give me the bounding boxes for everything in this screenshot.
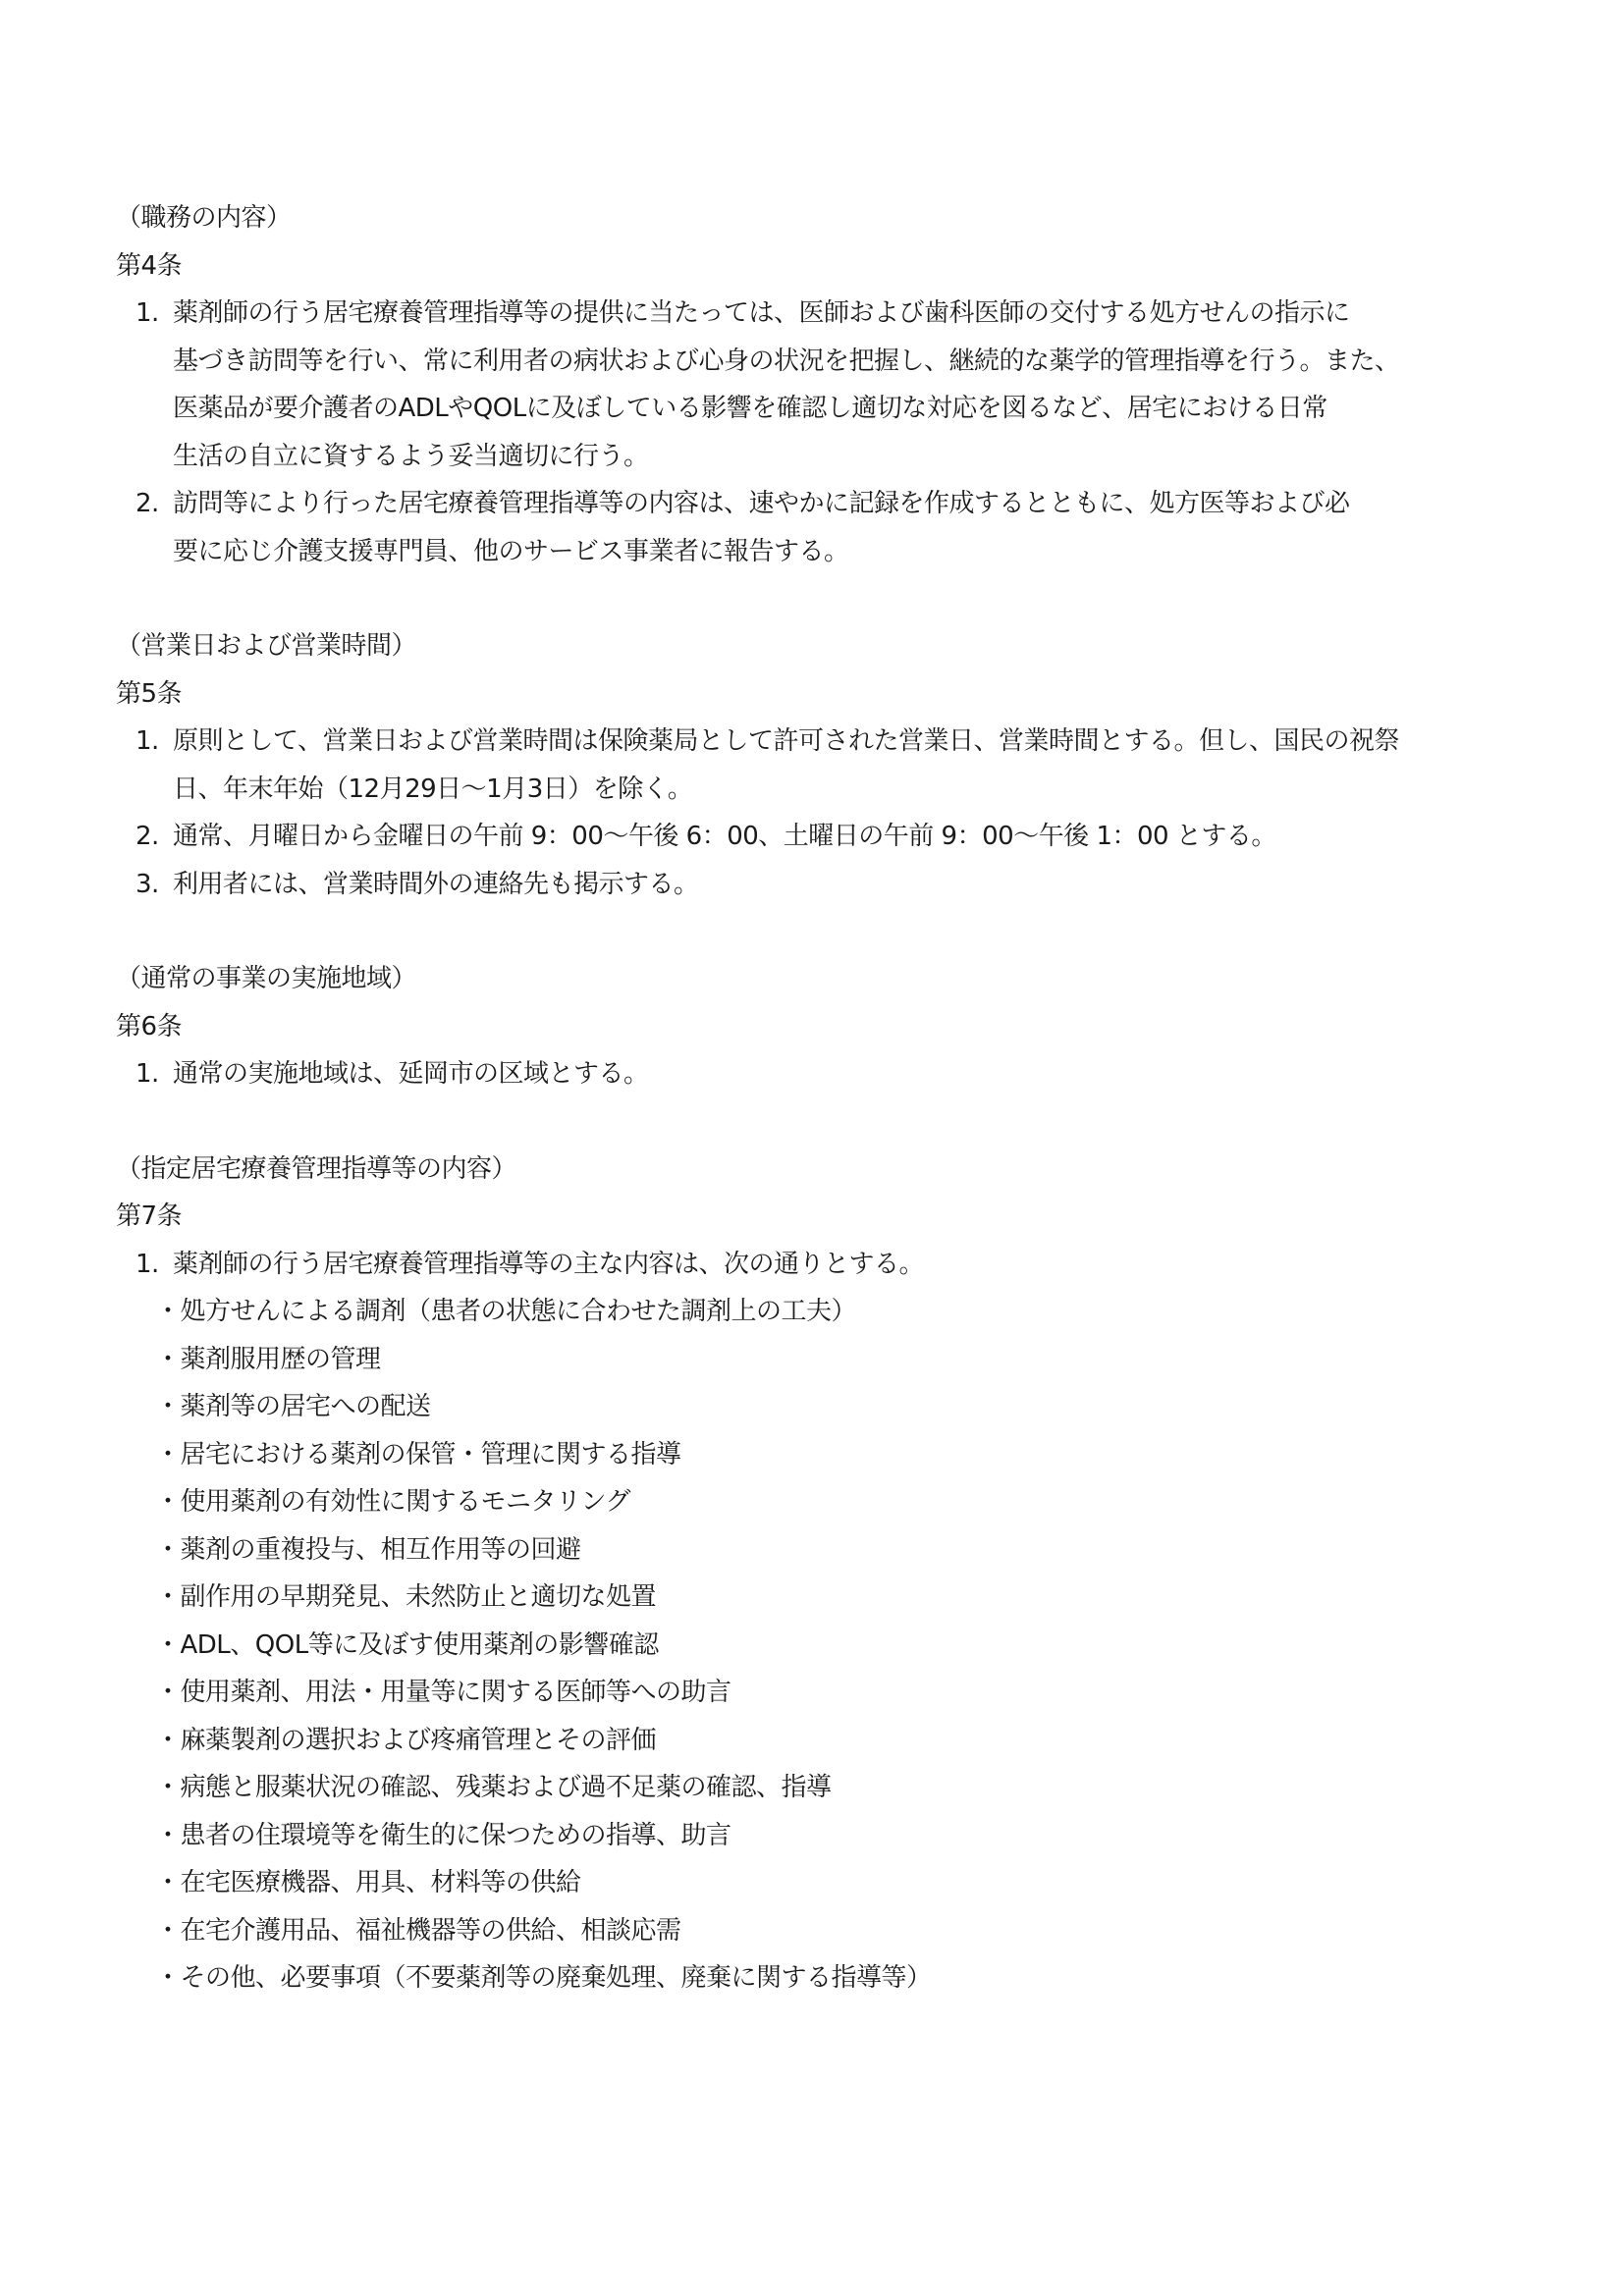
section-title: （営業日および営業時間） bbox=[116, 622, 1530, 670]
bullet-item: ・病態と服薬状況の確認、残薬および過不足薬の確認、指導 bbox=[116, 1764, 1530, 1812]
item-text-line: 基づき訪問等を行い、常に利用者の病状および心身の状況を把握し、継続的な薬学的管理… bbox=[173, 338, 1530, 386]
article-number: 第7条 bbox=[116, 1193, 1530, 1241]
item-text-line: 通常の実施地域は、延岡市の区域とする。 bbox=[173, 1050, 1530, 1098]
item-number: 2. bbox=[135, 480, 159, 528]
numbered-item: 1. 原則として、営業日および営業時間は保険薬局として許可された営業日、営業時間… bbox=[116, 718, 1530, 813]
numbered-item: 1. 薬剤師の行う居宅療養管理指導等の主な内容は、次の通りとする。 bbox=[116, 1241, 1530, 1289]
item-text-line: 生活の自立に資するよう妥当適切に行う。 bbox=[173, 433, 1530, 481]
section-article-5: （営業日および営業時間） 第5条 1. 原則として、営業日および営業時間は保険薬… bbox=[116, 622, 1530, 908]
article-number: 第6条 bbox=[116, 1003, 1530, 1051]
item-number: 1. bbox=[135, 1241, 159, 1289]
bullet-item: ・在宅医療機器、用具、材料等の供給 bbox=[116, 1859, 1530, 1907]
section-title: （職務の内容） bbox=[116, 194, 1530, 242]
bullet-item: ・在宅介護用品、福祉機器等の供給、相談応需 bbox=[116, 1907, 1530, 1955]
item-text-line: 利用者には、営業時間外の連絡先も掲示する。 bbox=[173, 861, 1530, 909]
item-text-line: 薬剤師の行う居宅療養管理指導等の提供に当たっては、医師および歯科医師の交付する処… bbox=[173, 290, 1530, 338]
item-text-line: 訪問等により行った居宅療養管理指導等の内容は、速やかに記録を作成するとともに、処… bbox=[173, 480, 1530, 528]
article-number: 第5条 bbox=[116, 670, 1530, 719]
item-number: 1. bbox=[135, 1050, 159, 1098]
item-text-line: 薬剤師の行う居宅療養管理指導等の主な内容は、次の通りとする。 bbox=[173, 1241, 1530, 1289]
item-number: 1. bbox=[135, 718, 159, 766]
bullet-item: ・薬剤の重複投与、相互作用等の回避 bbox=[116, 1526, 1530, 1575]
bullet-item: ・使用薬剤の有効性に関するモニタリング bbox=[116, 1478, 1530, 1526]
bullet-item: ・居宅における薬剤の保管・管理に関する指導 bbox=[116, 1431, 1530, 1479]
numbered-item: 3. 利用者には、営業時間外の連絡先も掲示する。 bbox=[116, 861, 1530, 909]
article-number: 第4条 bbox=[116, 242, 1530, 291]
bullet-item: ・麻薬製剤の選択および疼痛管理とその評価 bbox=[116, 1717, 1530, 1765]
section-article-7: （指定居宅療養管理指導等の内容） 第7条 1. 薬剤師の行う居宅療養管理指導等の… bbox=[116, 1146, 1530, 2002]
bullet-list: ・処方せんによる調剤（患者の状態に合わせた調剤上の工夫） ・薬剤服用歴の管理 ・… bbox=[116, 1288, 1530, 2002]
item-number: 1. bbox=[135, 290, 159, 338]
bullet-item: ・処方せんによる調剤（患者の状態に合わせた調剤上の工夫） bbox=[116, 1288, 1530, 1336]
section-title: （指定居宅療養管理指導等の内容） bbox=[116, 1146, 1530, 1194]
bullet-item: ・患者の住環境等を衛生的に保つための指導、助言 bbox=[116, 1812, 1530, 1860]
item-number: 2. bbox=[135, 813, 159, 861]
section-article-4: （職務の内容） 第4条 1. 薬剤師の行う居宅療養管理指導等の提供に当たっては、… bbox=[116, 194, 1530, 575]
item-text-line: 通常、月曜日から金曜日の午前 9：00～午後 6：00、土曜日の午前 9：00～… bbox=[173, 813, 1530, 861]
bullet-item: ・その他、必要事項（不要薬剤等の廃棄処理、廃棄に関する指導等） bbox=[116, 1954, 1530, 2002]
bullet-item: ・薬剤服用歴の管理 bbox=[116, 1336, 1530, 1384]
document-page: （職務の内容） 第4条 1. 薬剤師の行う居宅療養管理指導等の提供に当たっては、… bbox=[116, 194, 1530, 2050]
bullet-item: ・使用薬剤、用法・用量等に関する医師等への助言 bbox=[116, 1669, 1530, 1717]
item-text-line: 日、年末年始（12月29日～1月3日）を除く。 bbox=[173, 766, 1530, 814]
item-number: 3. bbox=[135, 861, 159, 909]
section-article-6: （通常の事業の実施地域） 第6条 1. 通常の実施地域は、延岡市の区域とする。 bbox=[116, 955, 1530, 1098]
bullet-item: ・薬剤等の居宅への配送 bbox=[116, 1383, 1530, 1431]
section-title: （通常の事業の実施地域） bbox=[116, 955, 1530, 1003]
numbered-item: 2. 訪問等により行った居宅療養管理指導等の内容は、速やかに記録を作成するととも… bbox=[116, 480, 1530, 575]
item-text-line: 医薬品が要介護者のADLやQOLに及ぼしている影響を確認し適切な対応を図るなど、… bbox=[173, 385, 1530, 433]
item-text-line: 要に応じ介護支援専門員、他のサービス事業者に報告する。 bbox=[173, 528, 1530, 576]
numbered-item: 1. 薬剤師の行う居宅療養管理指導等の提供に当たっては、医師および歯科医師の交付… bbox=[116, 290, 1530, 480]
bullet-item: ・副作用の早期発見、未然防止と適切な処置 bbox=[116, 1574, 1530, 1622]
item-text-line: 原則として、営業日および営業時間は保険薬局として許可された営業日、営業時間とする… bbox=[173, 718, 1530, 766]
numbered-item: 1. 通常の実施地域は、延岡市の区域とする。 bbox=[116, 1050, 1530, 1098]
numbered-item: 2. 通常、月曜日から金曜日の午前 9：00～午後 6：00、土曜日の午前 9：… bbox=[116, 813, 1530, 861]
bullet-item: ・ADL、QOL等に及ぼす使用薬剤の影響確認 bbox=[116, 1622, 1530, 1670]
